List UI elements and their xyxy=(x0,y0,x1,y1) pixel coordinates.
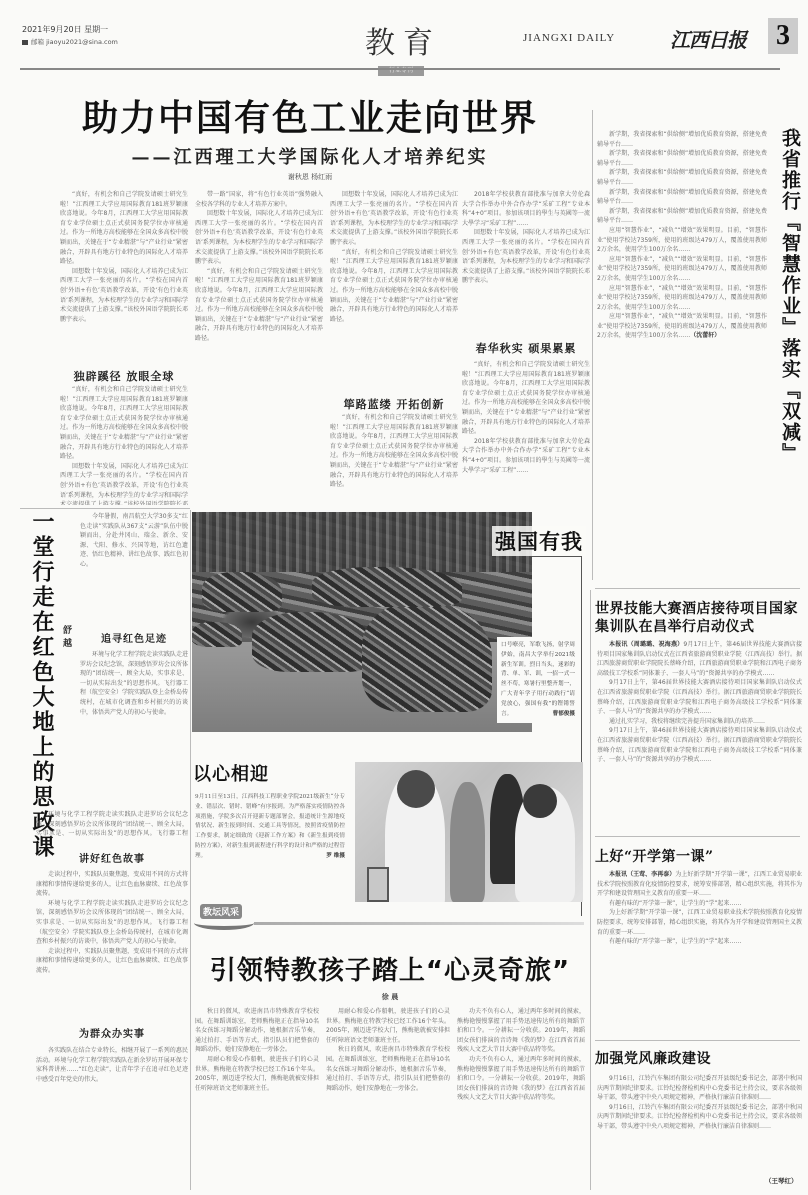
photo-story-title-strong-nation: 强国有我 xyxy=(492,526,586,556)
lead-column-4b: “真好，有机会和自己学院发请硕士研究生啦！”江西理工大学应用国际教育181班罗颖… xyxy=(462,360,590,505)
new-student-registration-photo xyxy=(355,762,583,902)
welcome-photo-caption: 9月11日至13日，江西科技工程职业学院2021级新生“分专业、错层次、错时、错… xyxy=(195,793,345,862)
red-course-title: 一堂行走在红色大地上的思政课 xyxy=(30,510,58,860)
military-photo-caption: 口号嘹亮，军歌飞扬，射学周伊始，南昌大学举行2021级新生军训。烈日当头，迷彩的… xyxy=(497,637,579,723)
red-course-intro: 今年暑假，南昌航空大学30多支“红色走读”实践队从367支“云游”队伍中脱颖而出… xyxy=(80,512,188,620)
feature-column-1: 秋日的微风，吹进南昌市特殊教育学校校园。在舞蹈训练室，老师熊梅艳正在指导10名名… xyxy=(195,1007,319,1187)
feature-headline: 引领特教孩子踏上“心灵奇旅” xyxy=(192,950,588,987)
section-title: 教育 xyxy=(365,18,441,62)
paper-english-name: JIANGXI DAILY xyxy=(523,32,615,44)
banner-badge: 教坛风采 xyxy=(194,904,254,934)
photo-credit: 曹郁俊摄 xyxy=(553,710,575,720)
section-banner: 教坛风采 xyxy=(192,900,588,940)
red-course-para-3: 走读过程中，实践队员聚焦题，变成用不同的方式将康精和事情传递给更多的人，让红色血… xyxy=(36,870,188,1020)
red-course-para-4: 各实践队在结合专业特长，相继开展了一系列的惠民活动。环境与化学工程学院实践队在新… xyxy=(36,1046,188,1186)
lead-column-1: “真好，有机会和自己学院发请硕士研究生啦！”江西理工大学应用国际教育181班罗颖… xyxy=(60,190,188,360)
lead-subheadline: ——江西理工大学国际化人才培养纪实 xyxy=(60,143,560,169)
issue-date: 2021年9月20日 星期一 xyxy=(22,24,108,35)
party-conduct-body: 9月16日，江铃汽车集团有限公司纪委召开县级纪委书记会，部署中秋国庆两节期间纪律… xyxy=(597,1074,802,1174)
paper-logo: 江西日报 xyxy=(670,24,746,53)
red-course-para-2b: 环境与化学工程学院走读实践队走进罗坊会议纪念馆，深刻感悟罗坊会议所体现的“团结统… xyxy=(36,810,188,838)
red-course-heading-1: 追寻红色足迹 xyxy=(80,630,188,645)
suitcase xyxy=(367,867,389,902)
lead-column-3b: “真好，有机会和自己学院发请硕士研究生啦！”江西理工大学应用国际教育181班罗颖… xyxy=(330,413,458,505)
section-divider xyxy=(595,588,800,589)
party-conduct-headline: 加强党风廉政建设 xyxy=(595,1050,800,1068)
smart-homework-title: 我省推行『智慧作业』落实『双减』 xyxy=(773,128,801,464)
lead-column-4: 2018年学校获教育部批准与加拿大劳伦森大学合作举办中外合作办学“采矿工程”专业… xyxy=(462,190,590,330)
skills-competition-body: 本报讯（周璐璐、祝海燕）9月17日上午，第46届世界技能大赛酒店接待项目国家集训… xyxy=(597,640,802,820)
smart-homework-body: 新学期，我省探索和“供给侧”增加优质教育资源，搭建免费辅导平台…… 新学期，我省… xyxy=(597,130,767,583)
section-divider xyxy=(595,836,800,837)
military-training-photo xyxy=(192,512,532,732)
banner-rule xyxy=(254,922,584,925)
lead-section-heading-3: 春华秋实 硕果累累 xyxy=(462,340,590,356)
lead-headline: 助力中国有色工业走向世界 xyxy=(60,90,560,141)
feature-byline: 徐 晨 xyxy=(192,992,588,1002)
lead-column-1b: “真好，有机会和自己学院发请硕士研究生啦！”江西理工大学应用国际教育181班罗颖… xyxy=(60,385,188,505)
skills-competition-headline: 世界技能大赛酒店接待项目国家集训队在昌举行启动仪式 xyxy=(595,600,800,636)
feature-column-2: 用耐心和爱心作船帆，驶进孩子们的心灵世界。熊梅艳在特教学校已经工作16个年头。2… xyxy=(326,1007,450,1187)
lead-byline: 谢秋恩 杨红雨 xyxy=(60,172,560,182)
page-number: 3 xyxy=(768,18,798,54)
red-course-para-2: 环境与化学工程学院走读实践队走进罗坊会议纪念馆，深刻感悟罗坊会议所体现的“团结统… xyxy=(80,650,188,810)
masthead: 2021年9月20日 星期一 邮箱 jiaoyu2021@sina.com 教育… xyxy=(20,18,808,66)
first-class-body: 本报讯（王莺、李再泰）为上好新学期“开学第一课”，江西工业贸易职业技术学院按照教… xyxy=(597,870,802,1030)
party-conduct-credit: （王琴红） xyxy=(765,1176,798,1185)
feature-column-3: 功夫不负有心人，通过两年多时间的摸索，熊梅艳慢慢掌握了用手势迅速传达所有的舞蹈节… xyxy=(457,1007,585,1187)
photo-story-title-welcome: 以心相迎 xyxy=(193,760,269,786)
column-divider xyxy=(592,110,593,580)
banner-label: 教坛风采 xyxy=(200,904,242,919)
lead-section-heading-1: 独辟蹊径 放眼全球 xyxy=(60,368,188,384)
red-course-heading-3: 为群众办实事 xyxy=(36,1025,188,1040)
section-divider xyxy=(595,1040,800,1041)
masthead-rule xyxy=(20,68,780,70)
lead-column-3: 回想数十年发展，国际化人才培养已成为江西理工大学一张亮丽的名片。“学校在国内首创… xyxy=(330,190,458,388)
red-course-author: 舒越 xyxy=(60,625,73,651)
column-divider xyxy=(190,510,191,1190)
newspaper-page: 2021年9月20日 星期一 邮箱 jiaoyu2021@sina.com 教育… xyxy=(0,0,808,1195)
section-divider xyxy=(20,508,190,509)
lead-section-heading-2: 筚路蓝缕 开拓创新 xyxy=(330,396,458,412)
first-class-headline: 上好“开学第一课” xyxy=(595,848,800,866)
column-divider xyxy=(590,590,591,1190)
red-course-heading-2: 讲好红色故事 xyxy=(36,850,188,865)
email-line: 邮箱 jiaoyu2021@sina.com xyxy=(22,37,118,46)
photo-credit: 罗 维摄 xyxy=(326,852,345,862)
lead-column-2: 带一路”国家，将“有色行业英语”强势融入全校各学科的专业人才培养方案中。 回想数… xyxy=(195,190,323,505)
smart-homework-credit: （沈蕾轩） xyxy=(690,332,720,339)
